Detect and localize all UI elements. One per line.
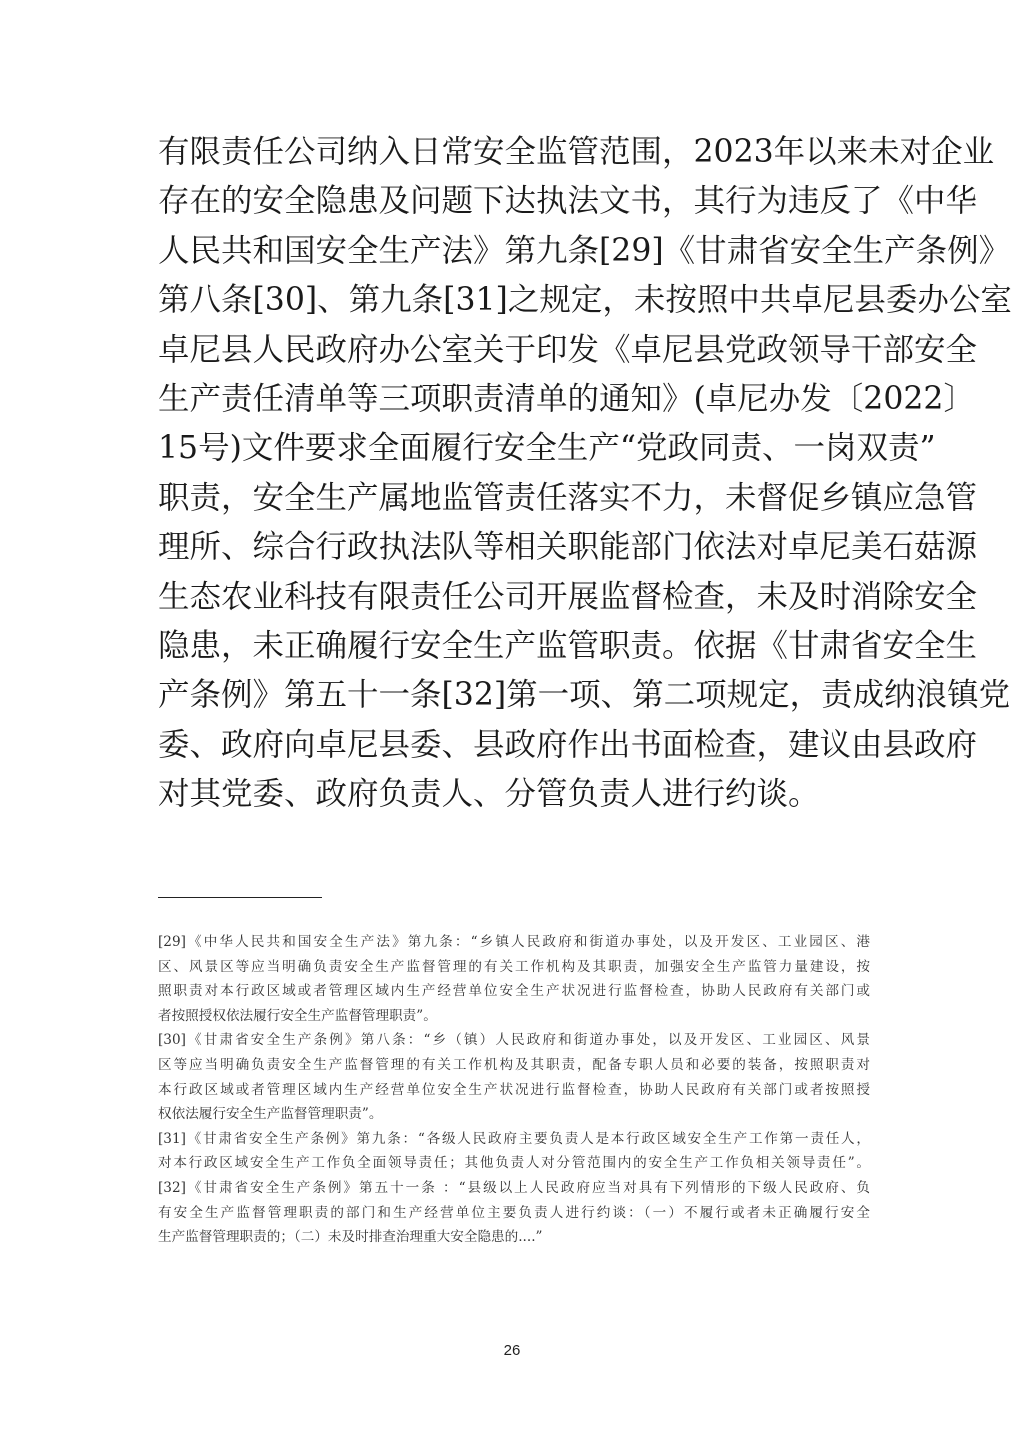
- body-line: 委、政府向卓尼县委、县政府作出书面检查，建议由县政府: [158, 721, 870, 770]
- body-line: 生态农业科技有限责任公司开展监督检查，未及时消除安全: [158, 573, 870, 622]
- footnote-30: [30]《甘肃省安全生产条例》第八条：“乡（镇）人民政府和街道办事处，以及开发区…: [158, 1028, 870, 1126]
- document-page: 有限责任公司纳入日常安全监管范围，2023年以来未对企业 存在的安全隐患及问题下…: [0, 0, 1024, 1448]
- body-line: 卓尼县人民政府办公室关于印发《卓尼县党政领导干部安全: [158, 326, 870, 375]
- footnote-line: 区、风景区等应当明确负责安全生产监督管理的有关工作机构及其职责，加强安全生产监管…: [158, 955, 870, 980]
- body-line: 有限责任公司纳入日常安全监管范围，2023年以来未对企业: [158, 128, 870, 177]
- footnote-line: [31]《甘肃省安全生产条例》第九条：“各级人民政府主要负责人是本行政区域安全生…: [158, 1127, 870, 1152]
- footnote-line: 照职责对本行政区域或者管理区域内生产经营单位安全生产状况进行监督检查，协助人民政…: [158, 979, 870, 1004]
- body-line: 人民共和国安全生产法》第九条[29]《甘肃省安全生产条例》: [158, 227, 870, 276]
- body-line: 第八条[30]、第九条[31]之规定，未按照中共卓尼县委办公室: [158, 276, 870, 325]
- body-line: 存在的安全隐患及问题下达执法文书，其行为违反了《中华: [158, 177, 870, 226]
- body-line: 职责，安全生产属地监管责任落实不力，未督促乡镇应急管: [158, 474, 870, 523]
- page-number: 26: [0, 1342, 1024, 1359]
- footnote-line: 对本行政区域安全生产工作负全面领导责任；其他负责人对分管范围内的安全生产工作负相…: [158, 1151, 870, 1176]
- body-line: 生产责任清单等三项职责清单的通知》(卓尼办发〔2022〕: [158, 375, 870, 424]
- footnote-line: 者按照授权依法履行安全生产监督管理职责”。: [158, 1004, 870, 1029]
- footnote-separator: [158, 897, 322, 898]
- body-line: 15号)文件要求全面履行安全生产“党政同责、一岗双责”: [158, 424, 870, 473]
- body-line: 隐患，未正确履行安全生产监管职责。依据《甘肃省安全生: [158, 622, 870, 671]
- footnote-line: 区等应当明确负责安全生产监督管理的有关工作机构及其职责，配备专职人员和必要的装备…: [158, 1053, 870, 1078]
- footnotes: [29]《中华人民共和国安全生产法》第九条：“乡镇人民政府和街道办事处，以及开发…: [158, 930, 870, 1250]
- footnote-line: 有安全生产监督管理职责的部门和生产经营单位主要负责人进行约谈：（一）不履行或者未…: [158, 1201, 870, 1226]
- footnote-31: [31]《甘肃省安全生产条例》第九条：“各级人民政府主要负责人是本行政区域安全生…: [158, 1127, 870, 1176]
- footnote-29: [29]《中华人民共和国安全生产法》第九条：“乡镇人民政府和街道办事处，以及开发…: [158, 930, 870, 1028]
- body-line: 理所、综合行政执法队等相关职能部门依法对卓尼美石菇源: [158, 523, 870, 572]
- footnote-line: 本行政区域或者管理区域内生产经营单位安全生产状况进行监督检查，协助人民政府有关部…: [158, 1078, 870, 1103]
- footnote-line: [30]《甘肃省安全生产条例》第八条：“乡（镇）人民政府和街道办事处，以及开发区…: [158, 1028, 870, 1053]
- footnote-32: [32]《甘肃省安全生产条例》第五十一条 ：“县级以上人民政府应当对具有下列情形…: [158, 1176, 870, 1250]
- body-paragraph: 有限责任公司纳入日常安全监管范围，2023年以来未对企业 存在的安全隐患及问题下…: [158, 128, 870, 819]
- footnote-line: 生产监督管理职责的；（二）未及时排查治理重大安全隐患的....”: [158, 1225, 870, 1250]
- footnote-line: [29]《中华人民共和国安全生产法》第九条：“乡镇人民政府和街道办事处，以及开发…: [158, 930, 870, 955]
- footnote-line: [32]《甘肃省安全生产条例》第五十一条 ：“县级以上人民政府应当对具有下列情形…: [158, 1176, 870, 1201]
- body-line: 产条例》第五十一条[32]第一项、第二项规定，责成纳浪镇党: [158, 671, 870, 720]
- footnote-line: 权依法履行安全生产监督管理职责”。: [158, 1102, 870, 1127]
- body-line: 对其党委、政府负责人、分管负责人进行约谈。: [158, 770, 870, 819]
